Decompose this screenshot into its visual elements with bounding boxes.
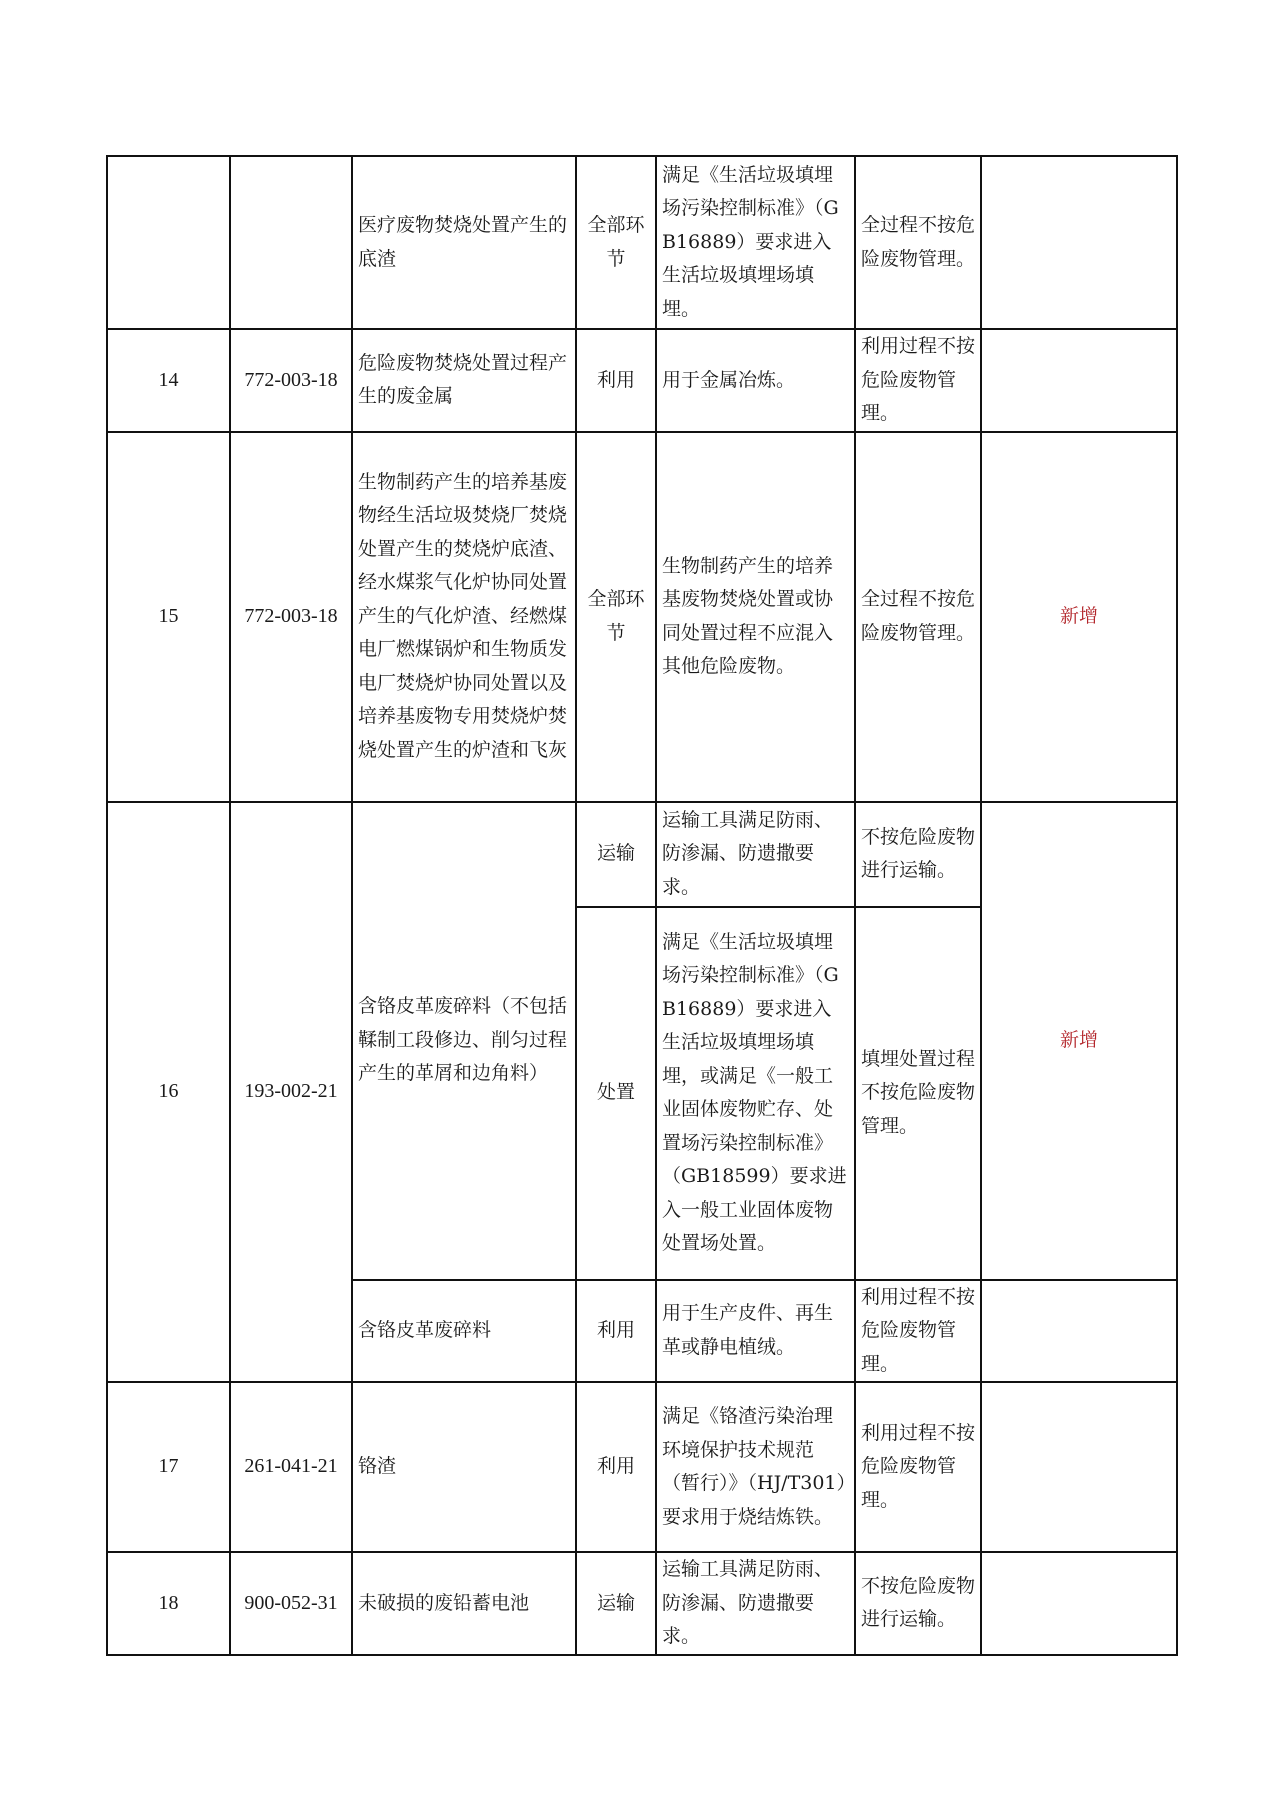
exemption-table: 医疗废物焚烧处置产生的底渣 全部环节 满足《生活垃圾填埋场污染控制标准》（GB1…: [106, 155, 1178, 1656]
waste-name: 铬渣: [352, 1382, 576, 1552]
row-number: 16: [107, 802, 230, 1383]
exempt-content: 不按危险废物进行运输。: [855, 1552, 981, 1655]
exempt-condition: 运输工具满足防雨、防渗漏、防遗撒要求。: [656, 802, 855, 907]
exempt-content: 利用过程不按危险废物管理。: [855, 329, 981, 432]
table-row: 15 772-003-18 生物制药产生的培养基废物经生活垃圾焚烧厂焚烧处置产生…: [107, 432, 1177, 802]
exempt-condition: 满足《铬渣污染治理环境保护技术规范（暂行）》（HJ/T301）要求用于烧结炼铁。: [656, 1382, 855, 1552]
waste-name: 含铬皮革废碎料: [352, 1280, 576, 1383]
exempt-condition: 用于生产皮件、再生革或静电植绒。: [656, 1280, 855, 1383]
exempt-stage: 利用: [576, 329, 656, 432]
exempt-condition: 运输工具满足防雨、防渗漏、防遗撒要求。: [656, 1552, 855, 1655]
exempt-condition: 用于金属冶炼。: [656, 329, 855, 432]
waste-code: 772-003-18: [230, 329, 352, 432]
exempt-condition: 满足《生活垃圾填埋场污染控制标准》（GB16889）要求进入生活垃圾填埋场填埋，…: [656, 907, 855, 1280]
exempt-condition: 生物制药产生的培养基废物焚烧处置或协同处置过程不应混入其他危险废物。: [656, 432, 855, 802]
exempt-content: 不按危险废物进行运输。: [855, 802, 981, 907]
exempt-content: 全过程不按危险废物管理。: [855, 432, 981, 802]
waste-name: 医疗废物焚烧处置产生的底渣: [352, 156, 576, 329]
exempt-content: 填埋处置过程不按危险废物管理。: [855, 907, 981, 1280]
remark: [981, 156, 1177, 329]
exempt-stage: 处置: [576, 907, 656, 1280]
table-row: 18 900-052-31 未破损的废铅蓄电池 运输 运输工具满足防雨、防渗漏、…: [107, 1552, 1177, 1655]
table-row: 17 261-041-21 铬渣 利用 满足《铬渣污染治理环境保护技术规范（暂行…: [107, 1382, 1177, 1552]
exempt-stage: 运输: [576, 1552, 656, 1655]
exempt-condition: 满足《生活垃圾填埋场污染控制标准》（GB16889）要求进入生活垃圾填埋场填埋。: [656, 156, 855, 329]
row-number: 15: [107, 432, 230, 802]
row-number: 14: [107, 329, 230, 432]
waste-name: 危险废物焚烧处置过程产生的废金属: [352, 329, 576, 432]
exempt-stage: 全部环节: [576, 156, 656, 329]
table-row: 医疗废物焚烧处置产生的底渣 全部环节 满足《生活垃圾填埋场污染控制标准》（GB1…: [107, 156, 1177, 329]
exempt-stage: 利用: [576, 1382, 656, 1552]
table-row: 16 193-002-21 含铬皮革废碎料（不包括鞣制工段修边、削匀过程产生的革…: [107, 802, 1177, 907]
remark: [981, 1280, 1177, 1383]
exempt-stage: 运输: [576, 802, 656, 907]
waste-code: 900-052-31: [230, 1552, 352, 1655]
remark-new: 新增: [981, 432, 1177, 802]
remark: [981, 1552, 1177, 1655]
waste-code: 261-041-21: [230, 1382, 352, 1552]
exempt-content: 利用过程不按危险废物管理。: [855, 1280, 981, 1383]
row-number: 18: [107, 1552, 230, 1655]
exempt-stage: 全部环节: [576, 432, 656, 802]
waste-name: 含铬皮革废碎料（不包括鞣制工段修边、削匀过程产生的革屑和边角料）: [352, 802, 576, 1280]
waste-code: [230, 156, 352, 329]
row-number: 17: [107, 1382, 230, 1552]
waste-name: 未破损的废铅蓄电池: [352, 1552, 576, 1655]
waste-name: 生物制药产生的培养基废物经生活垃圾焚烧厂焚烧处置产生的焚烧炉底渣、经水煤浆气化炉…: [352, 432, 576, 802]
table-row: 14 772-003-18 危险废物焚烧处置过程产生的废金属 利用 用于金属冶炼…: [107, 329, 1177, 432]
remark: [981, 1382, 1177, 1552]
remark: [981, 329, 1177, 432]
exempt-stage: 利用: [576, 1280, 656, 1383]
waste-code: 772-003-18: [230, 432, 352, 802]
exempt-content: 全过程不按危险废物管理。: [855, 156, 981, 329]
remark-new: 新增: [981, 802, 1177, 1280]
waste-code: 193-002-21: [230, 802, 352, 1383]
row-number: [107, 156, 230, 329]
exempt-content: 利用过程不按危险废物管理。: [855, 1382, 981, 1552]
